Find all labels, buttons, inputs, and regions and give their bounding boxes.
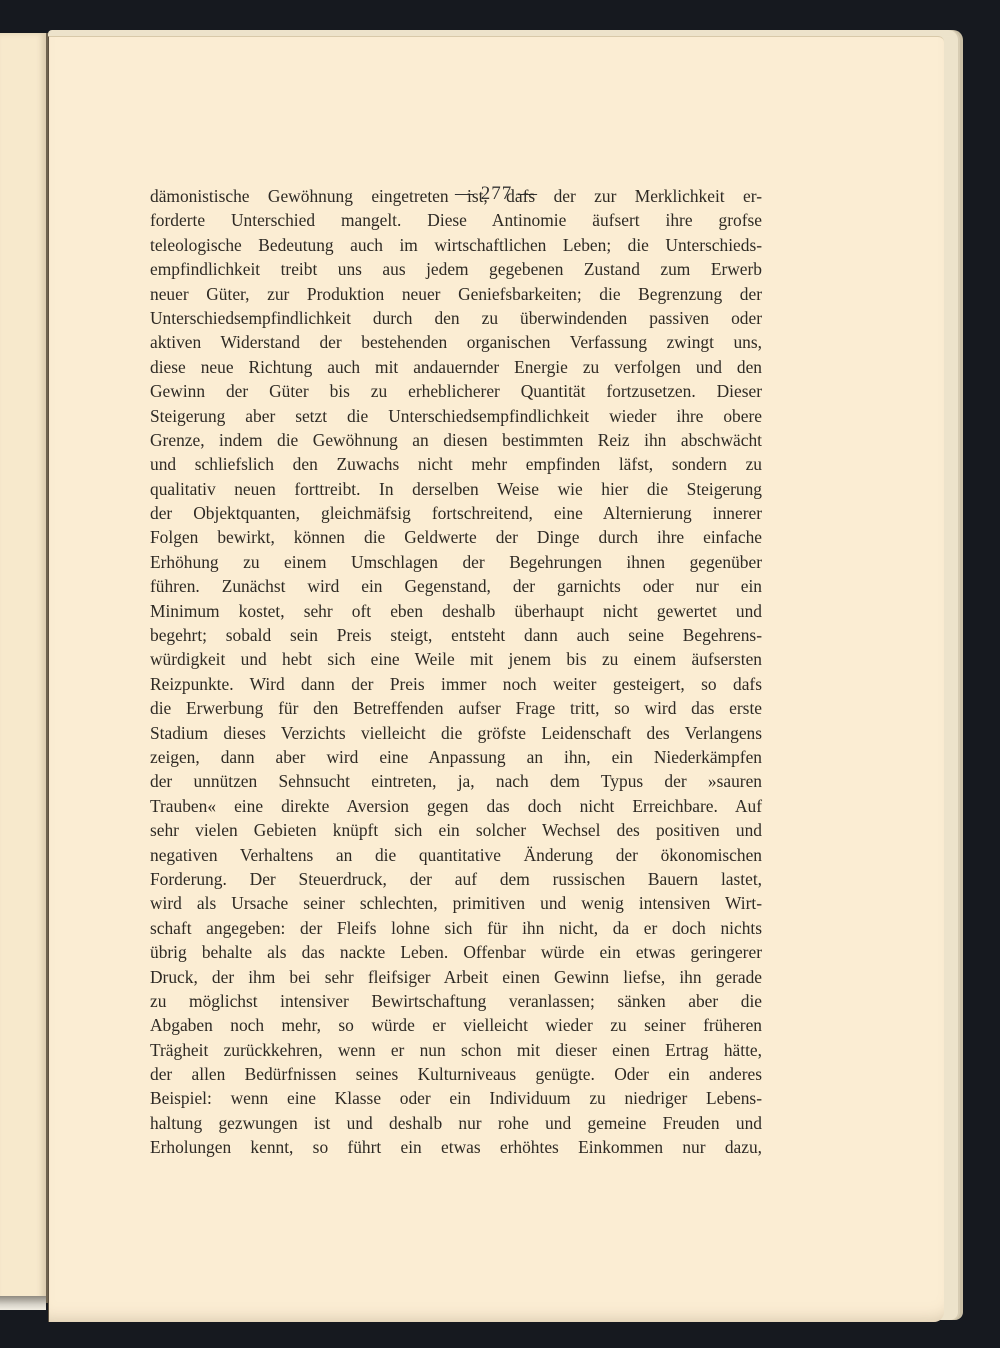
text-line: wird als Ursache seiner schlechten, prim… [150,891,762,915]
text-line: der unnützen Sehnsucht eintreten, ja, na… [150,769,762,793]
text-line: sehr vielen Gebieten knüpft sich ein sol… [150,818,762,842]
text-line: Stadium dieses Verzichts vielleicht die … [150,721,762,745]
text-line: teleologische Bedeutung auch im wirtscha… [150,233,762,257]
text-line: übrig behalte als das nackte Leben. Offe… [150,940,762,964]
text-line: Beispiel: wenn eine Klasse oder ein Indi… [150,1086,762,1110]
text-line: Trägheit zurückkehren, wenn er nun schon… [150,1038,762,1062]
body-text: dämonistische Gewöhnung eingetreten ist,… [150,184,762,1160]
text-line: begehrt; sobald sein Preis steigt, entst… [150,623,762,647]
text-line: dämonistische Gewöhnung eingetreten ist,… [150,184,762,208]
text-line: schaft angegeben: der Fleifs lohne sich … [150,916,762,940]
text-line: zeigen, dann aber wird eine Anpassung an… [150,745,762,769]
text-line: Erholungen kennt, so führt ein etwas erh… [150,1135,762,1159]
text-line: Unterschiedsempfindlichkeit durch den zu… [150,306,762,330]
text-line: Grenze, indem die Gewöhnung an diesen be… [150,428,762,452]
text-line: der Objektquanten, gleichmäfsig fortschr… [150,501,762,525]
text-line: Druck, der ihm bei sehr fleifsiger Arbei… [150,965,762,989]
text-line: negativen Verhaltens an die quantitative… [150,843,762,867]
adjacent-left-page-edge [0,33,48,1303]
text-line: neuer Güter, zur Produktion neuer Genief… [150,282,762,306]
text-line: die Erwerbung für den Betreffenden aufse… [150,696,762,720]
text-line: zu möglichst intensiver Bewirtschaftung … [150,989,762,1013]
text-line: Minimum kostet, sehr oft eben deshalb üb… [150,599,762,623]
left-page-bottom-edge [0,1296,46,1310]
text-line: und schliefslich den Zuwachs nicht mehr … [150,452,762,476]
text-line: haltung gezwungen ist und deshalb nur ro… [150,1111,762,1135]
text-line: empfindlichkeit treibt uns aus jedem geg… [150,257,762,281]
text-line: Steigerung aber setzt die Unterschiedsem… [150,404,762,428]
text-line: würdigkeit und hebt sich eine Weile mit … [150,647,762,671]
text-line: Reizpunkte. Wird dann der Preis immer no… [150,672,762,696]
text-line: Trauben« eine direkte Aversion gegen das… [150,794,762,818]
text-line: Erhöhung zu einem Umschlagen der Begehru… [150,550,762,574]
text-line: führen. Zunächst wird ein Gegenstand, de… [150,574,762,598]
text-line: diese neue Richtung auch mit andauernder… [150,355,762,379]
text-line: Abgaben noch mehr, so würde er vielleich… [150,1013,762,1037]
text-line: Gewinn der Güter bis zu erheblicherer Qu… [150,379,762,403]
text-line: Forderung. Der Steuerdruck, der auf dem … [150,867,762,891]
text-line: forderte Unterschied mangelt. Diese Anti… [150,208,762,232]
text-line: qualitativ neuen forttreibt. In derselbe… [150,477,762,501]
text-line: der allen Bedürfnissen seines Kulturnive… [150,1062,762,1086]
text-line: Folgen bewirkt, können die Geldwerte der… [150,525,762,549]
text-line: aktiven Widerstand der bestehenden organ… [150,330,762,354]
